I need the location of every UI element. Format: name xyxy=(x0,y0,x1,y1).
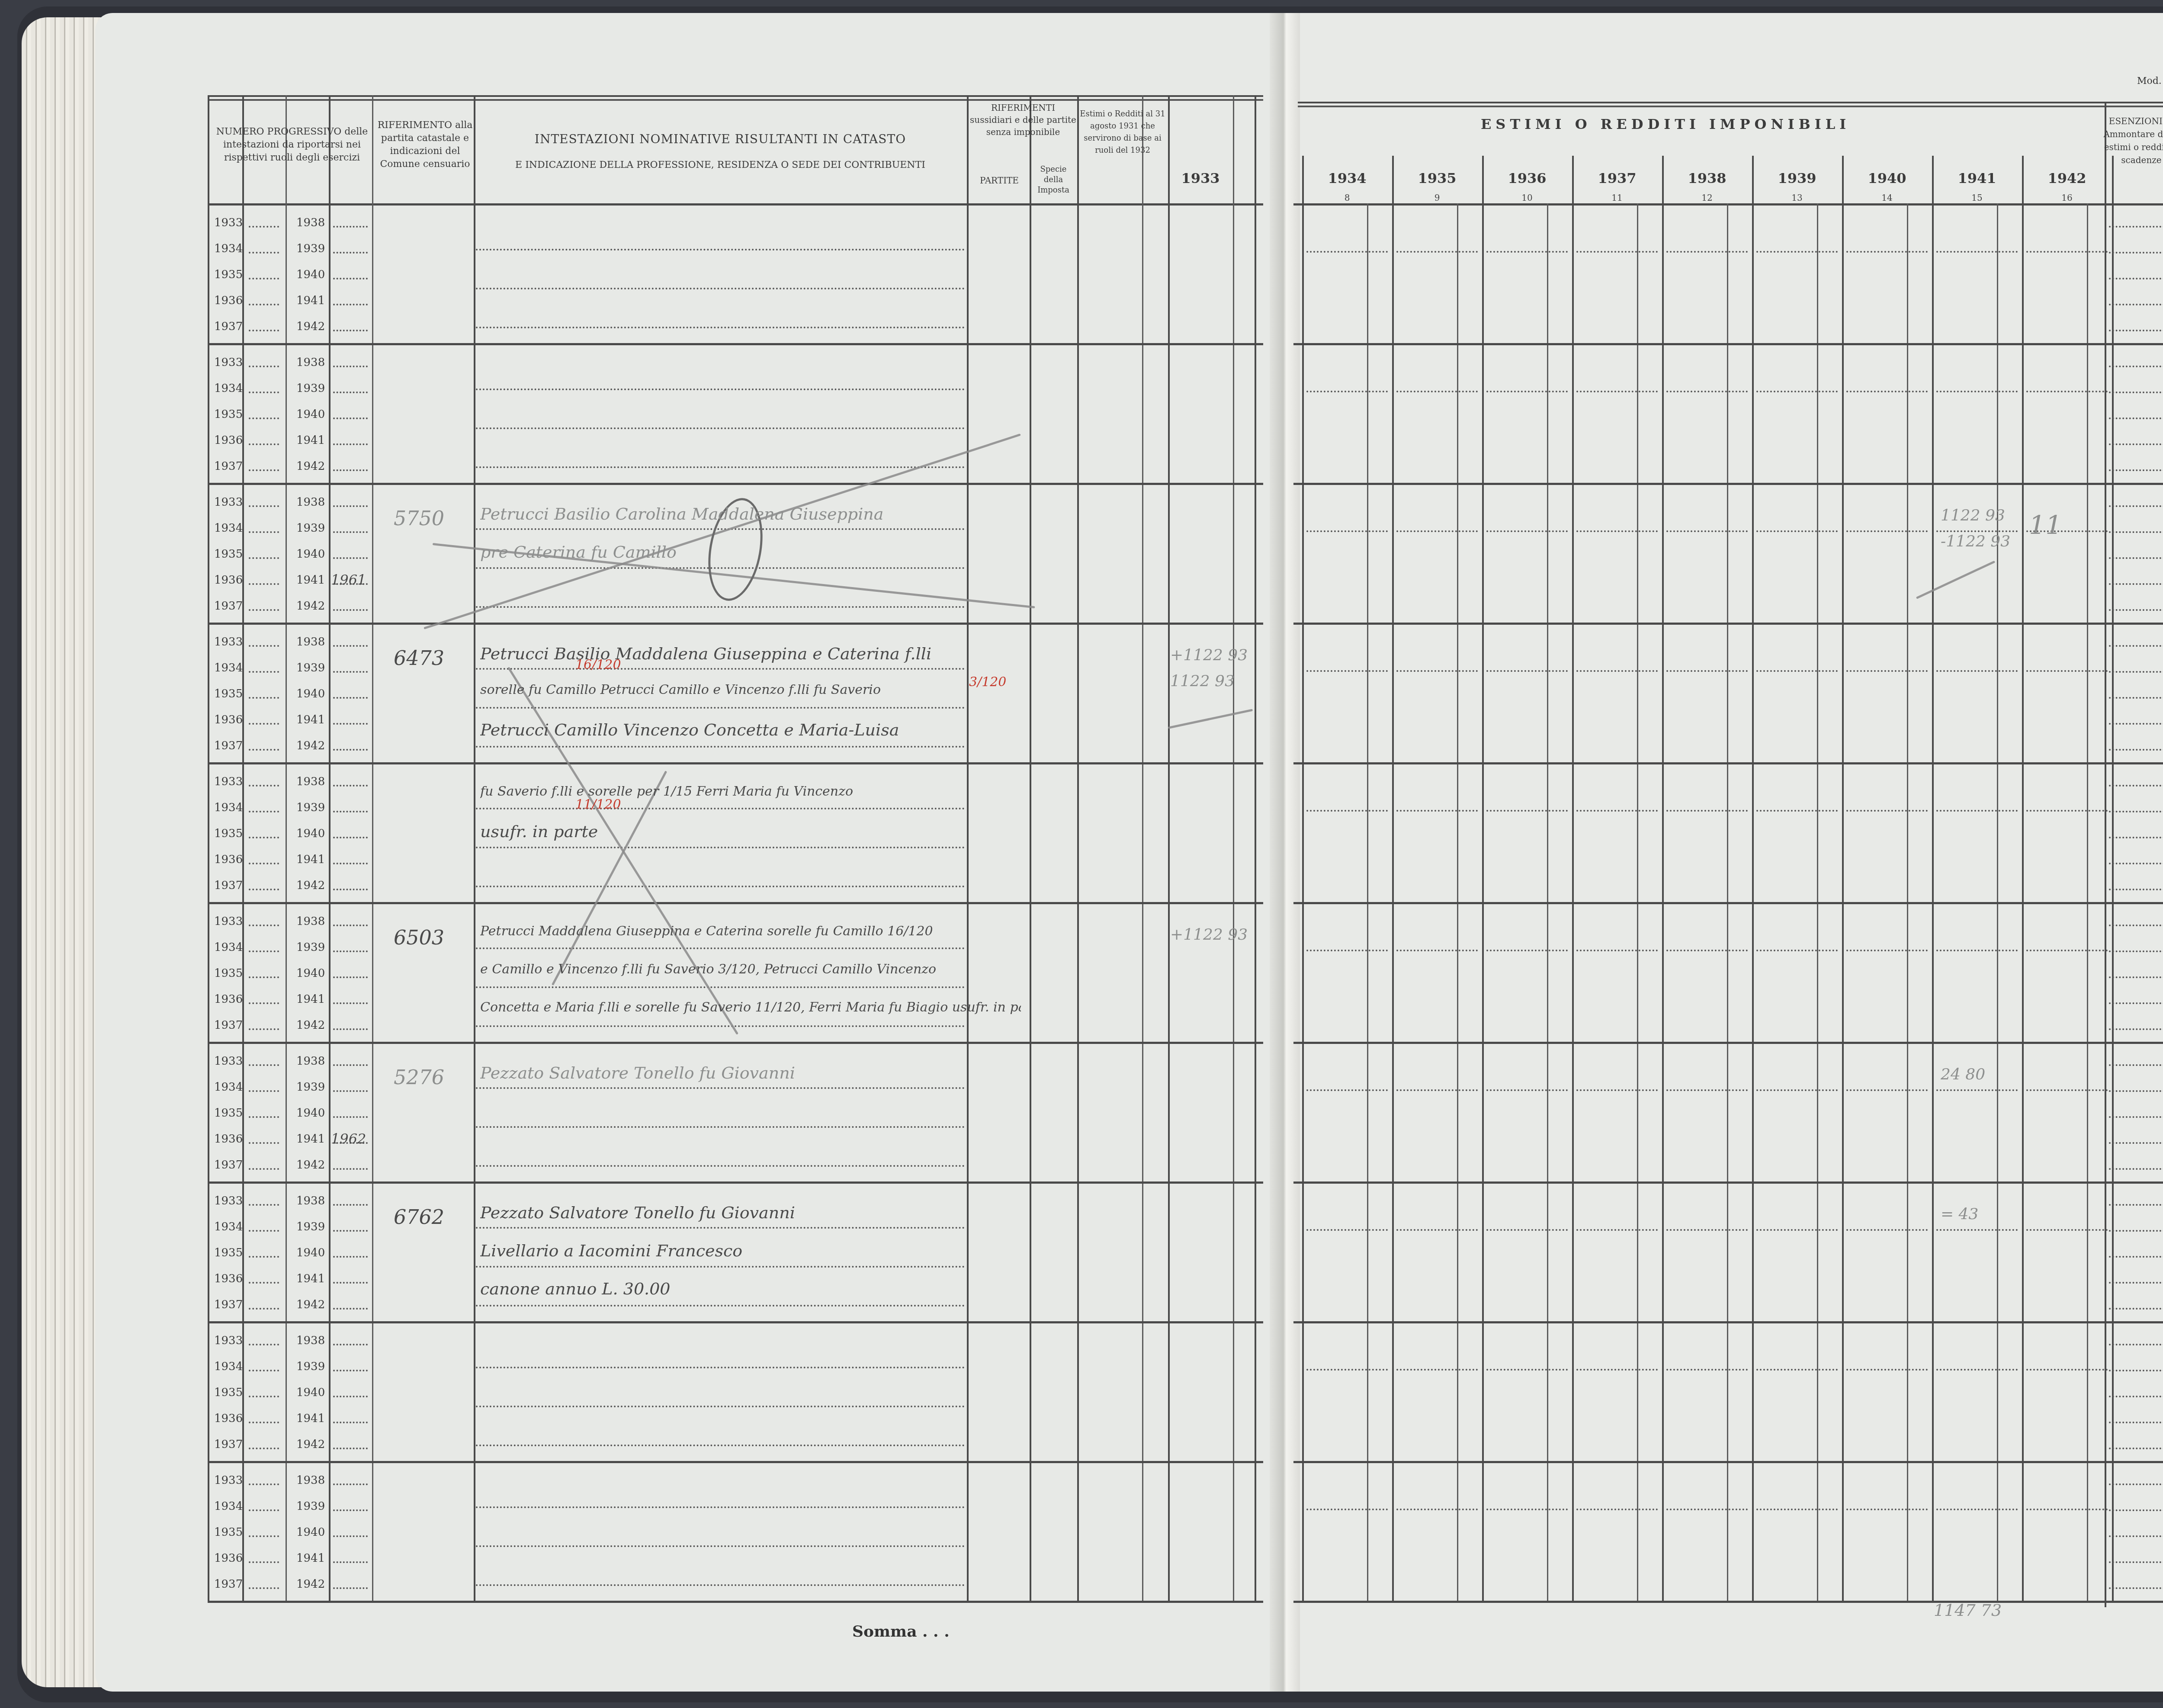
block-divider-left xyxy=(208,1601,1263,1603)
numero-guide xyxy=(249,1064,279,1066)
year-label: 1937 xyxy=(214,1298,243,1311)
year-label: 1939 xyxy=(296,522,325,535)
numero-guide xyxy=(333,785,368,787)
numero-guide xyxy=(333,889,368,890)
esenzioni-guide xyxy=(2109,697,2163,699)
year-label: 1935 xyxy=(214,1386,243,1399)
numero-guide xyxy=(249,531,279,533)
amount-guide-line xyxy=(1666,391,1748,392)
left-column-rule xyxy=(1030,95,1031,1601)
numero-guide xyxy=(249,557,279,559)
left-table-top-rule xyxy=(208,95,1263,97)
amount-guide-line xyxy=(1936,810,2018,812)
year-label: 1937 xyxy=(214,739,243,752)
amount-guide-line xyxy=(1846,810,1928,812)
numero-guide xyxy=(333,1561,368,1563)
left-page xyxy=(95,13,1283,1692)
year-label: 1934 xyxy=(214,242,243,255)
block-divider-left xyxy=(208,762,1263,764)
amount-guide-line xyxy=(2026,670,2108,672)
amount-guide-line xyxy=(1486,1369,1568,1371)
left-column-rule xyxy=(372,95,373,1601)
numero-guide xyxy=(333,645,368,647)
year-label: 1935 xyxy=(214,967,243,980)
year-label: 1936 xyxy=(214,1552,243,1565)
amount-guide-line xyxy=(1666,1229,1748,1231)
numero-guide xyxy=(333,697,368,699)
year-header-1933: 1933 xyxy=(1168,171,1233,186)
block-divider-left xyxy=(208,343,1263,345)
year-label: 1942 xyxy=(296,1298,325,1311)
name-guide-line xyxy=(476,1584,965,1586)
name-guide-line xyxy=(476,1406,965,1407)
amount-guide-line xyxy=(1756,1509,1838,1510)
numero-guide xyxy=(249,1344,279,1345)
contributor-name-line: Livellario a Iacomini Francesco xyxy=(480,1241,742,1260)
year-header-1940: 1940 xyxy=(1842,171,1932,186)
numero-guide xyxy=(333,226,368,228)
year-header-1941: 1941 xyxy=(1932,171,2022,186)
year-label: 1933 xyxy=(214,775,243,788)
numero-guide xyxy=(249,278,279,279)
esenzioni-guide xyxy=(2109,671,2163,673)
amount-value: +1122 93 xyxy=(1170,926,1248,944)
block-divider-right xyxy=(1293,1042,2163,1044)
year-label: 1937 xyxy=(214,320,243,333)
contributor-name-line: Pezzato Salvatore Tonello fu Giovanni xyxy=(480,1203,795,1222)
numero-guide xyxy=(333,366,368,367)
year-label: 1933 xyxy=(214,1334,243,1347)
amount-guide-line xyxy=(1846,950,1928,951)
block-divider-right xyxy=(1293,1461,2163,1463)
esenzioni-guide xyxy=(2109,443,2163,445)
year-label: 1936 xyxy=(214,853,243,866)
year-label: 1938 xyxy=(296,356,325,369)
esenzioni-guide xyxy=(2109,1090,2163,1092)
numero-guide xyxy=(249,671,279,673)
name-guide-line xyxy=(476,288,965,289)
numero-guide xyxy=(333,557,368,559)
numero-guide xyxy=(249,1587,279,1589)
esenzioni-guide xyxy=(2109,1587,2163,1589)
esenzioni-guide xyxy=(2109,469,2163,471)
year-label: 1937 xyxy=(214,600,243,613)
left-column-rule xyxy=(286,95,287,1601)
esenzioni-guide xyxy=(2109,889,2163,890)
header-intestazioni: INTESTAZIONI NOMINATIVE RISULTANTI IN CA… xyxy=(476,132,965,147)
year-label: 1938 xyxy=(296,216,325,229)
year-label: 1940 xyxy=(296,1246,325,1259)
numero-guide xyxy=(333,330,368,331)
esenzioni-guide xyxy=(2109,950,2163,952)
amount-guide-line xyxy=(1306,391,1388,392)
amount-value: 1122 93 xyxy=(1170,672,1235,690)
year-label: 1939 xyxy=(296,941,325,954)
year-column-rule xyxy=(1932,156,1934,1601)
esenzioni-guide xyxy=(2109,304,2163,305)
amount-guide-line xyxy=(1756,1369,1838,1371)
right-table-top-rule xyxy=(1298,102,2163,103)
somma-label: Somma . . . xyxy=(852,1622,950,1641)
numero-guide xyxy=(333,950,368,952)
share-fraction: 3/120 xyxy=(969,674,1006,690)
left-column-rule xyxy=(474,95,475,1601)
numero-guide xyxy=(249,749,279,751)
year-label: 1938 xyxy=(296,1055,325,1068)
year-label: 1940 xyxy=(296,268,325,281)
numero-guide xyxy=(249,925,279,926)
year-label: 1936 xyxy=(214,1412,243,1425)
year-label: 1936 xyxy=(214,294,243,307)
amount-guide-line xyxy=(1756,251,1838,253)
numero-guide xyxy=(333,723,368,725)
numero-guide xyxy=(333,1090,368,1092)
numero-guide xyxy=(249,950,279,952)
amount-value: 24 80 xyxy=(1941,1066,1985,1083)
esenzioni-guide xyxy=(2109,252,2163,254)
esenzioni-guide xyxy=(2109,1116,2163,1118)
name-guide-line xyxy=(476,1126,965,1128)
year-label: 1941 xyxy=(296,434,325,447)
year-label: 1934 xyxy=(214,661,243,674)
year-label: 1940 xyxy=(296,1526,325,1539)
numero-guide xyxy=(249,889,279,890)
block-divider-right xyxy=(1293,902,2163,904)
amount-guide-line xyxy=(2026,1089,2108,1091)
esenzioni-guide xyxy=(2109,925,2163,926)
name-guide-line xyxy=(476,1305,965,1307)
esenzioni-guide xyxy=(2109,1282,2163,1284)
amount-guide-line xyxy=(1486,1229,1568,1231)
amount-guide-line xyxy=(1396,810,1478,812)
block-divider-right xyxy=(1293,343,2163,345)
left-column-rule xyxy=(1077,95,1079,1601)
contributor-name-line: Concetta e Maria f.lli e sorelle fu Save… xyxy=(480,1000,1021,1015)
amount-guide-line xyxy=(1666,1089,1748,1091)
year-label: 1935 xyxy=(214,1107,243,1120)
header-estimi-imponibili: ESTIMI O REDDITI IMPONIBILI xyxy=(1341,117,1990,132)
year-label: 1942 xyxy=(296,320,325,333)
esenzioni-guide xyxy=(2109,1142,2163,1144)
year-label: 1935 xyxy=(214,1246,243,1259)
year-label: 1933 xyxy=(214,636,243,649)
left-header-bottom-rule xyxy=(208,203,1263,205)
numero-guide xyxy=(249,505,279,507)
block-divider-right xyxy=(1293,1601,2163,1603)
year-label: 1935 xyxy=(214,408,243,421)
year-label: 1937 xyxy=(214,1159,243,1172)
amount-guide-line xyxy=(1396,251,1478,253)
year-label: 1937 xyxy=(214,879,243,892)
numero-guide xyxy=(333,1308,368,1310)
amount-guide-line xyxy=(1396,530,1478,532)
amount-guide-line xyxy=(1306,670,1388,672)
year-label: 1934 xyxy=(214,1500,243,1513)
year-label: 1940 xyxy=(296,967,325,980)
esenzioni-guide xyxy=(2109,1002,2163,1004)
name-guide-line xyxy=(476,606,965,608)
amount-guide-line xyxy=(1306,1229,1388,1231)
numero-guide xyxy=(333,505,368,507)
left-column-rule xyxy=(329,95,331,1601)
year-label: 1933 xyxy=(214,216,243,229)
name-guide-line xyxy=(476,707,965,709)
year-column-rule xyxy=(1302,156,1304,1601)
numero-guide xyxy=(333,417,368,419)
esenzioni-guide xyxy=(2109,417,2163,419)
header-riferimento: RIFERIMENTO alla partita catastale e ind… xyxy=(376,119,474,171)
name-guide-line xyxy=(476,388,965,390)
esenzioni-guide xyxy=(2109,1370,2163,1371)
year-column-rule xyxy=(1392,156,1394,1601)
name-guide-line xyxy=(476,327,965,328)
block-divider-right xyxy=(1293,1321,2163,1323)
year-label: 1936 xyxy=(214,713,243,726)
amount-guide-line xyxy=(1306,1509,1388,1510)
amount-guide-line xyxy=(1936,670,2018,672)
name-guide-line xyxy=(476,1087,965,1089)
numero-guide xyxy=(333,252,368,254)
contributor-name-line: Petrucci Basilio Carolina Maddalena Gius… xyxy=(480,504,883,523)
year-label: 1937 xyxy=(214,1019,243,1032)
numero-guide xyxy=(249,330,279,331)
partita-number: 5750 xyxy=(394,507,444,530)
annotation-year: 1962 xyxy=(331,1130,366,1147)
year-label: 1936 xyxy=(214,434,243,447)
year-label: 1938 xyxy=(296,1474,325,1487)
block-divider-right xyxy=(1293,762,2163,764)
year-label: 1935 xyxy=(214,687,243,700)
year-label: 1934 xyxy=(214,801,243,814)
numero-guide xyxy=(249,1204,279,1206)
column-number: 12 xyxy=(1698,193,1716,203)
numero-guide xyxy=(333,1256,368,1258)
numero-guide xyxy=(333,1587,368,1589)
esenzioni-guide xyxy=(2109,837,2163,838)
numero-guide xyxy=(249,417,279,419)
esenzioni-guide xyxy=(2109,392,2163,393)
year-column-rule xyxy=(1572,156,1574,1601)
esenzioni-guide xyxy=(2109,1064,2163,1066)
amount-guide-line xyxy=(1756,810,1838,812)
amount-guide-line xyxy=(1666,950,1748,951)
name-guide-line xyxy=(476,1227,965,1229)
esenzioni-guide xyxy=(2109,366,2163,367)
column-number: 8 xyxy=(1338,193,1356,203)
year-label: 1942 xyxy=(296,1438,325,1451)
amount-guide-line xyxy=(1306,1369,1388,1371)
amount-guide-line xyxy=(1576,670,1658,672)
amount-guide-line xyxy=(1396,1369,1478,1371)
numero-guide xyxy=(249,1483,279,1485)
left-column-rule xyxy=(1168,95,1170,1601)
esenzioni-guide xyxy=(2109,583,2163,585)
year-label: 1933 xyxy=(214,1474,243,1487)
name-guide-line xyxy=(476,668,965,670)
numero-guide xyxy=(249,1090,279,1092)
numero-guide xyxy=(333,443,368,445)
numero-guide xyxy=(249,226,279,228)
year-label: 1935 xyxy=(214,548,243,561)
amount-guide-line xyxy=(1306,1089,1388,1091)
column-number: 14 xyxy=(1878,193,1896,203)
column-number: 10 xyxy=(1518,193,1536,203)
amount-guide-line xyxy=(1576,1229,1658,1231)
year-label: 1934 xyxy=(214,1081,243,1094)
amount-guide-line xyxy=(1846,391,1928,392)
esenzioni-guide xyxy=(2109,1422,2163,1423)
year-label: 1941 xyxy=(296,1272,325,1285)
numero-guide xyxy=(249,443,279,445)
numero-guide xyxy=(249,1308,279,1310)
amount-guide-line xyxy=(1576,1509,1658,1510)
year-label: 1938 xyxy=(296,496,325,509)
amount-guide-line xyxy=(1846,530,1928,532)
amount-guide-line xyxy=(1396,1089,1478,1091)
year-label: 1941 xyxy=(296,713,325,726)
name-guide-line xyxy=(476,466,965,468)
year-label: 1941 xyxy=(296,294,325,307)
check-marks: 11 xyxy=(2029,510,2062,541)
numero-guide xyxy=(249,304,279,305)
amount-guide-line xyxy=(1936,251,2018,253)
numero-guide xyxy=(333,531,368,533)
esenzioni-guide xyxy=(2109,749,2163,751)
name-guide-line xyxy=(476,947,965,949)
numero-guide xyxy=(249,609,279,611)
numero-guide xyxy=(249,469,279,471)
numero-guide xyxy=(333,1230,368,1232)
year-label: 1940 xyxy=(296,548,325,561)
amount-guide-line xyxy=(1396,950,1478,951)
numero-guide xyxy=(333,609,368,611)
year-column-rule xyxy=(1482,156,1484,1601)
year-column-rule xyxy=(1752,156,1754,1601)
numero-guide xyxy=(249,785,279,787)
esenzioni-guide xyxy=(2109,1308,2163,1310)
numero-guide xyxy=(333,671,368,673)
esenzioni-guide xyxy=(2109,1396,2163,1397)
year-column-rule xyxy=(1662,156,1664,1601)
esenzioni-guide xyxy=(2109,976,2163,978)
amount-guide-line xyxy=(1666,810,1748,812)
column-number: 13 xyxy=(1788,193,1806,203)
numero-guide xyxy=(249,1282,279,1284)
year-column-rule xyxy=(2022,156,2024,1601)
amount-guide-line xyxy=(2026,950,2108,951)
year-header-1936: 1936 xyxy=(1482,171,1572,186)
amount-guide-line xyxy=(2026,1229,2108,1231)
name-guide-line xyxy=(476,986,965,988)
numero-guide xyxy=(333,811,368,812)
block-divider-left xyxy=(208,623,1263,625)
contributor-name-line: pre Caterina fu Camillo xyxy=(480,543,677,562)
numero-guide xyxy=(333,1483,368,1485)
name-guide-line xyxy=(476,249,965,250)
numero-guide xyxy=(249,1448,279,1449)
amount-guide-line xyxy=(1576,810,1658,812)
somma-total: 1147 73 xyxy=(1934,1601,2002,1620)
amount-guide-line xyxy=(1846,1369,1928,1371)
name-guide-line xyxy=(476,1445,965,1446)
year-label: 1939 xyxy=(296,801,325,814)
year-label: 1942 xyxy=(296,1019,325,1032)
year-label: 1939 xyxy=(296,1500,325,1513)
amount-guide-line xyxy=(1846,251,1928,253)
numero-guide xyxy=(333,1344,368,1345)
amount-guide-line xyxy=(1666,530,1748,532)
left-column-rule xyxy=(967,95,969,1601)
numero-guide xyxy=(249,1116,279,1118)
header-professione: E INDICAZIONE DELLA PROFESSIONE, RESIDEN… xyxy=(476,158,965,173)
numero-guide xyxy=(249,1002,279,1004)
amount-guide-line xyxy=(1756,391,1838,392)
esenzioni-guide xyxy=(2109,1509,2163,1511)
block-divider-left xyxy=(208,1042,1263,1044)
numero-guide xyxy=(249,1256,279,1258)
year-header-1935: 1935 xyxy=(1392,171,1482,186)
amount-guide-line xyxy=(1396,670,1478,672)
year-label: 1941 xyxy=(296,1412,325,1425)
numero-guide xyxy=(249,1396,279,1397)
left-column-rule xyxy=(208,95,209,1601)
year-label: 1940 xyxy=(296,827,325,840)
numero-guide xyxy=(333,1535,368,1537)
year-header-1939: 1939 xyxy=(1752,171,1842,186)
block-divider-left xyxy=(208,902,1263,904)
esenzioni-guide xyxy=(2109,1230,2163,1232)
numero-guide xyxy=(333,1448,368,1449)
esenzioni-guide xyxy=(2109,1483,2163,1485)
left-column-rule xyxy=(1255,95,1256,1601)
year-label: 1935 xyxy=(214,827,243,840)
amount-guide-line xyxy=(1936,391,2018,392)
numero-guide xyxy=(333,1396,368,1397)
year-label: 1940 xyxy=(296,1386,325,1399)
year-label: 1936 xyxy=(214,574,243,587)
year-label: 1934 xyxy=(214,1360,243,1373)
esenzioni-guide xyxy=(2109,1344,2163,1345)
numero-guide xyxy=(249,976,279,978)
amount-guide-line xyxy=(1576,530,1658,532)
numero-guide xyxy=(249,645,279,647)
column-number: 16 xyxy=(2058,193,2076,203)
amount-guide-line xyxy=(1936,1369,2018,1371)
amount-guide-line xyxy=(1936,950,2018,951)
amount-guide-line xyxy=(2026,1369,2108,1371)
year-label: 1941 xyxy=(296,1552,325,1565)
amount-guide-line xyxy=(1306,251,1388,253)
block-divider-left xyxy=(208,1181,1263,1184)
amount-guide-line xyxy=(1846,1229,1928,1231)
esenzioni-guide xyxy=(2109,811,2163,812)
year-label: 1938 xyxy=(296,1334,325,1347)
contributor-name-line: Pezzato Salvatore Tonello fu Giovanni xyxy=(480,1063,795,1082)
year-label: 1941 xyxy=(296,853,325,866)
year-label: 1936 xyxy=(214,1272,243,1285)
year-label: 1939 xyxy=(296,382,325,395)
numero-guide xyxy=(249,252,279,254)
esenzioni-guide xyxy=(2109,1204,2163,1206)
esenzioni-guide xyxy=(2109,505,2163,507)
year-label: 1935 xyxy=(214,1526,243,1539)
amount-guide-line xyxy=(1936,1229,2018,1231)
right-column-rule xyxy=(2105,102,2106,1607)
year-label: 1936 xyxy=(214,993,243,1006)
year-label: 1933 xyxy=(214,915,243,928)
right-page xyxy=(1283,13,2163,1692)
name-guide-line xyxy=(476,886,965,887)
